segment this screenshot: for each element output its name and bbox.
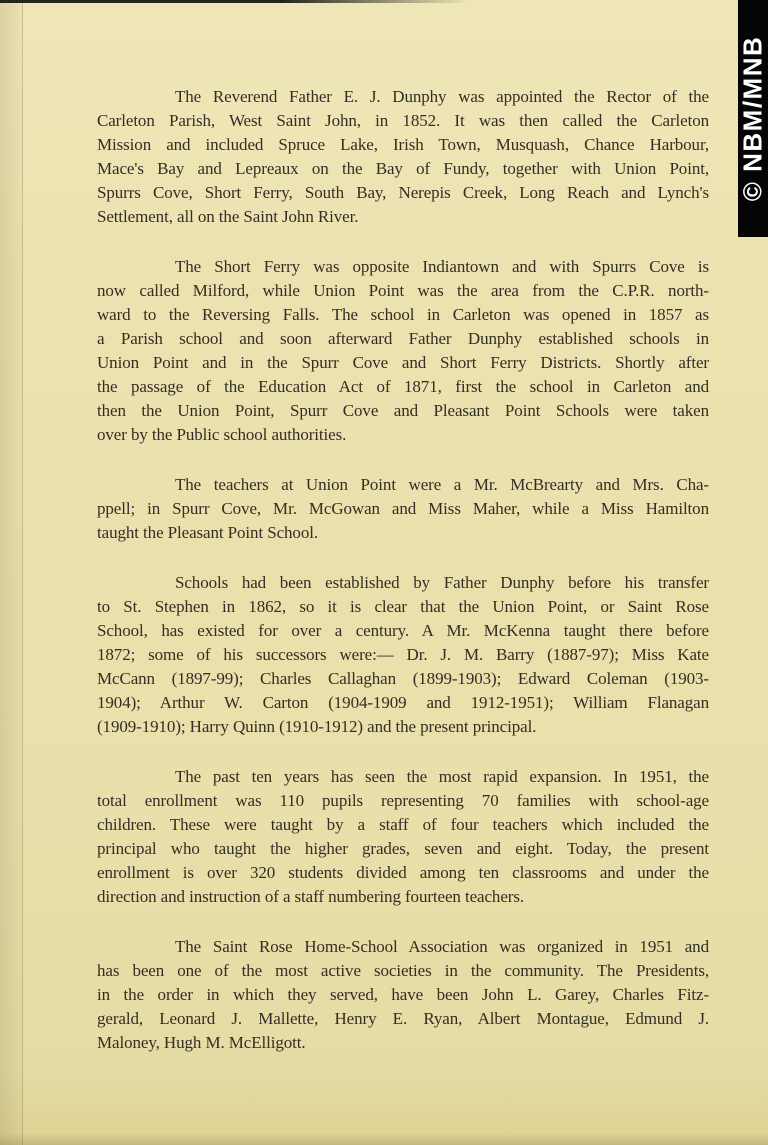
text-line: then the Union Point, Spurr Cove and Ple… bbox=[97, 399, 709, 423]
text-line: Schools had been established by Father D… bbox=[97, 571, 709, 595]
text-line: Mission and included Spruce Lake, Irish … bbox=[97, 133, 709, 157]
text-line: direction and instruction of a staff num… bbox=[97, 885, 709, 909]
text-line: The Short Ferry was opposite Indiantown … bbox=[97, 255, 709, 279]
copyright-watermark: © NBM/MNB bbox=[738, 0, 768, 237]
text-line: ppell; in Spurr Cove, Mr. McGowan and Mi… bbox=[97, 497, 709, 521]
text-line: children. These were taught by a staff o… bbox=[97, 813, 709, 837]
text-line: Maloney, Hugh M. McElligott. bbox=[97, 1031, 709, 1055]
paragraph: The past ten years has seen the most rap… bbox=[97, 765, 709, 909]
text-line: 1904); Arthur W. Carton (1904-1909 and 1… bbox=[97, 691, 709, 715]
text-line: to St. Stephen in 1862, so it is clear t… bbox=[97, 595, 709, 619]
text-line: Spurrs Cove, Short Ferry, South Bay, Ner… bbox=[97, 181, 709, 205]
text-line: School, has existed for over a century. … bbox=[97, 619, 709, 643]
text-line: now called Milford, while Union Point wa… bbox=[97, 279, 709, 303]
paragraph: The teachers at Union Point were a Mr. M… bbox=[97, 473, 709, 545]
text-line: total enrollment was 110 pupils represen… bbox=[97, 789, 709, 813]
text-line: ward to the Reversing Falls. The school … bbox=[97, 303, 709, 327]
text-line: The Reverend Father E. J. Dunphy was app… bbox=[97, 85, 709, 109]
text-line: gerald, Leonard J. Mallette, Henry E. Ry… bbox=[97, 1007, 709, 1031]
text-line: has been one of the most active societie… bbox=[97, 959, 709, 983]
paragraph: The Short Ferry was opposite Indiantown … bbox=[97, 255, 709, 447]
paragraph: The Saint Rose Home-School Association w… bbox=[97, 935, 709, 1055]
text-line: Carleton Parish, West Saint John, in 185… bbox=[97, 109, 709, 133]
text-line: Union Point and in the Spurr Cove and Sh… bbox=[97, 351, 709, 375]
text-line: a Parish school and soon afterward Fathe… bbox=[97, 327, 709, 351]
paragraph: The Reverend Father E. J. Dunphy was app… bbox=[97, 85, 709, 229]
text-line: McCann (1897-99); Charles Callaghan (189… bbox=[97, 667, 709, 691]
scan-bottom-edge bbox=[0, 1133, 768, 1145]
text-line: The past ten years has seen the most rap… bbox=[97, 765, 709, 789]
scan-top-edge bbox=[0, 0, 470, 3]
paragraph: Schools had been established by Father D… bbox=[97, 571, 709, 739]
text-line: in the order in which they served, have … bbox=[97, 983, 709, 1007]
copyright-watermark-text: © NBM/MNB bbox=[738, 36, 768, 202]
text-line: The teachers at Union Point were a Mr. M… bbox=[97, 473, 709, 497]
text-line: 1872; some of his successors were:— Dr. … bbox=[97, 643, 709, 667]
page-text: The Reverend Father E. J. Dunphy was app… bbox=[97, 85, 709, 1081]
text-line: principal who taught the higher grades, … bbox=[97, 837, 709, 861]
text-line: enrollment is over 320 students divided … bbox=[97, 861, 709, 885]
text-line: over by the Public school authorities. bbox=[97, 423, 709, 447]
text-line: the passage of the Education Act of 1871… bbox=[97, 375, 709, 399]
text-line: The Saint Rose Home-School Association w… bbox=[97, 935, 709, 959]
scanned-page: The Reverend Father E. J. Dunphy was app… bbox=[0, 0, 768, 1145]
text-line: taught the Pleasant Point School. bbox=[97, 521, 709, 545]
text-line: Settlement, all on the Saint John River. bbox=[97, 205, 709, 229]
text-line: (1909-1910); Harry Quinn (1910-1912) and… bbox=[97, 715, 709, 739]
page-left-crease bbox=[0, 0, 23, 1145]
text-line: Mace's Bay and Lepreaux on the Bay of Fu… bbox=[97, 157, 709, 181]
